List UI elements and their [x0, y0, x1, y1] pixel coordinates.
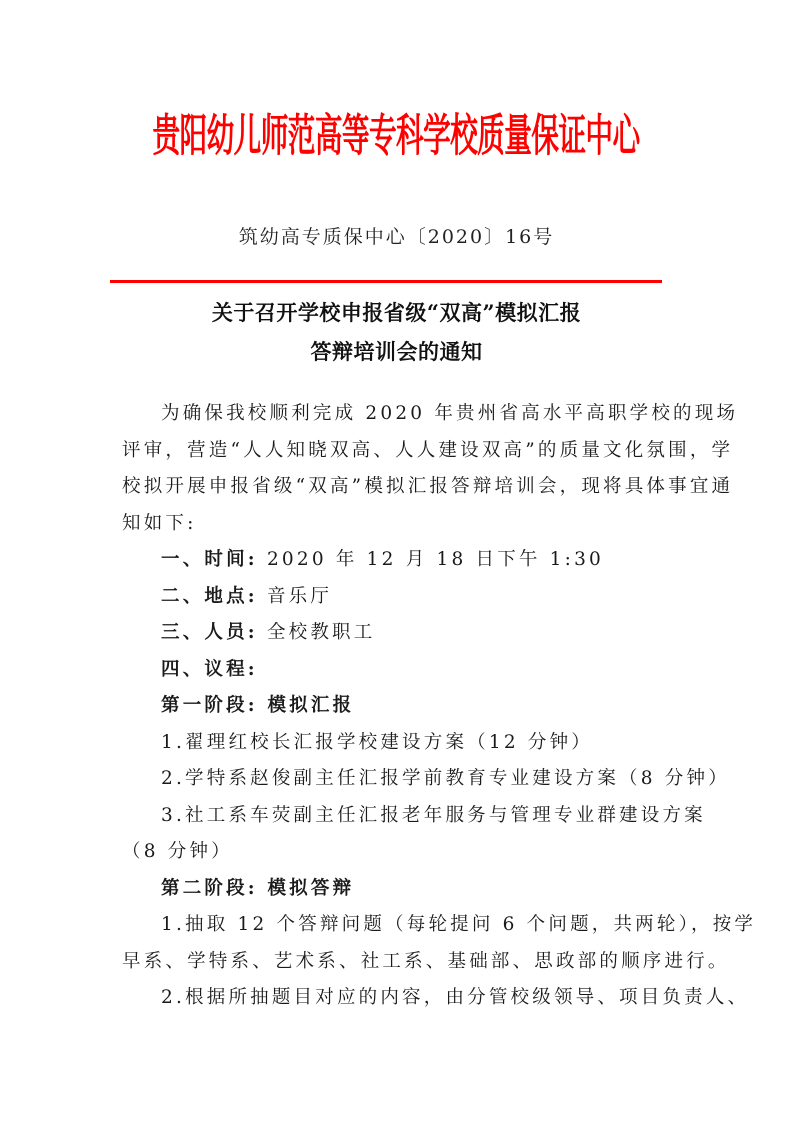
item-location: 二、地点: 音乐厅 — [122, 579, 674, 616]
document-page: 贵阳幼儿师范高等专科学校质量保证中心 筑幼高专质保中心〔2020〕16号 关于召… — [0, 0, 793, 1122]
intro-line: 知如下: — [122, 506, 674, 543]
item-value: 2020 年 12 月 18 日下午 1:30 — [267, 549, 604, 570]
notice-body: 为确保我校顺利完成 2020 年贵州省高水平高职学校的现场 评审，营造“人人知晓… — [122, 396, 674, 1017]
stage-1-heading: 第一阶段: 模拟汇报 — [122, 688, 674, 725]
intro-line: 评审，营造“人人知晓双高、人人建设双高”的质量文化氛围，学 — [122, 433, 674, 470]
stage-2-heading: 第二阶段: 模拟答辩 — [122, 871, 674, 908]
intro-line: 校拟开展申报省级“双高”模拟汇报答辩培训会，现将具体事宜通 — [122, 469, 674, 506]
notice-title-line-1: 关于召开学校申报省级“双高”模拟汇报 — [0, 298, 793, 328]
item-agenda: 四、议程: — [122, 652, 674, 689]
item-label: 一、时间: — [161, 549, 258, 570]
item-time: 一、时间: 2020 年 12 月 18 日下午 1:30 — [122, 542, 674, 579]
item-value: 音乐厅 — [267, 586, 332, 607]
agenda-line: 3.社工系车荧副主任汇报老年服务与管理专业群建设方案 — [122, 798, 674, 835]
agenda-line: 早系、学特系、艺术系、社工系、基础部、思政部的顺序进行。 — [122, 944, 674, 981]
organization-name: 贵阳幼儿师范高等专科学校质量保证中心 — [153, 107, 640, 166]
item-value: 全校教职工 — [267, 622, 376, 643]
item-label: 四、议程: — [161, 659, 258, 680]
item-label: 三、人员: — [161, 622, 258, 643]
agenda-line: （8 分钟） — [122, 834, 674, 871]
notice-title-line-2: 答辩培训会的通知 — [0, 337, 793, 367]
organization-header: 贵阳幼儿师范高等专科学校质量保证中心 — [0, 108, 793, 164]
intro-line: 为确保我校顺利完成 2020 年贵州省高水平高职学校的现场 — [122, 396, 674, 433]
item-label: 二、地点: — [161, 586, 258, 607]
agenda-line: 1.翟理红校长汇报学校建设方案（12 分钟） — [122, 725, 674, 762]
red-divider-rule — [110, 280, 662, 283]
item-attendees: 三、人员: 全校教职工 — [122, 615, 674, 652]
agenda-line: 2.学特系赵俊副主任汇报学前教育专业建设方案（8 分钟） — [122, 761, 674, 798]
agenda-line: 1.抽取 12 个答辩问题（每轮提问 6 个问题，共两轮），按学 — [122, 907, 674, 944]
agenda-line: 2.根据所抽题目对应的内容，由分管校级领导、项目负责人、 — [122, 980, 674, 1017]
document-number: 筑幼高专质保中心〔2020〕16号 — [0, 222, 793, 252]
